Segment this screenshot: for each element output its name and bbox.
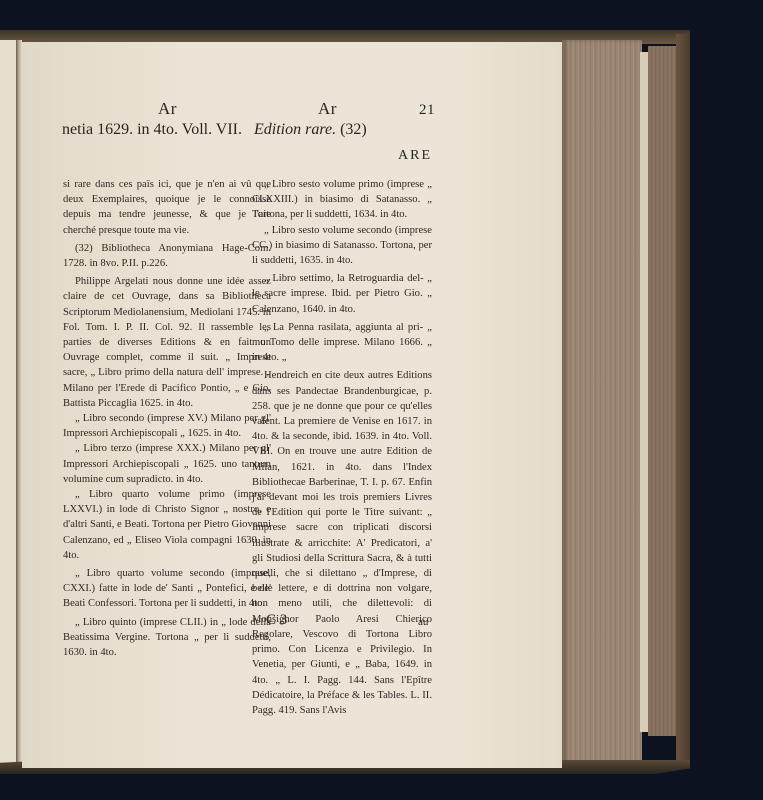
top-line-text: netia 1629. in 4to. Voll. VII.	[62, 121, 242, 138]
section-word: ARE	[398, 148, 432, 164]
book-board	[676, 34, 690, 760]
paragraph: „ Libro quinto (imprese CLII.) in „ lode…	[63, 615, 271, 661]
paragraph: Philippe Argelati nous donne une idée as…	[63, 274, 271, 411]
right-column: „ Libro sesto volume primo (imprese „ CL…	[252, 177, 432, 718]
fore-edge-pages	[562, 40, 642, 768]
running-head-left: Ar	[158, 99, 177, 119]
signature-mark: C 3	[266, 612, 287, 629]
footnote: (32) Bibliotheca Anonymiana Hage-Com. 17…	[63, 241, 271, 271]
paragraph: „ Libro terzo (imprese XXX.) Milano per …	[63, 441, 271, 487]
paragraph: „ Libro secondo (imprese XV.) Milano per…	[63, 411, 271, 441]
back-pages-edge	[648, 46, 678, 736]
paragraph: „ Libro quarto volume primo (imprese LXX…	[63, 487, 271, 563]
page-number: 21	[419, 102, 435, 119]
paragraph: „ Libro settimo, la Retroguardia del- „ …	[252, 271, 432, 317]
paragraph: „ Libro sesto volume primo (imprese „ CL…	[252, 177, 432, 223]
paragraph: si rare dans ces païs ici, que je n'en a…	[63, 177, 271, 238]
paragraph: „ Libro quarto volume secondo (imprese, …	[63, 566, 271, 612]
paragraph: Hendreich en cite deux autres Editions d…	[252, 368, 432, 718]
top-line-italic: Edition rare.	[254, 121, 336, 138]
paragraph: „ La Penna rasilata, aggiunta al pri- „ …	[252, 320, 432, 366]
catchword: au	[418, 616, 428, 628]
fore-edge-light-strip	[640, 52, 648, 732]
paragraph: „ Libro sesto volume secondo (imprese CC…	[252, 223, 432, 269]
running-head-center: Ar	[318, 99, 337, 119]
left-column: si rare dans ces païs ici, que je n'en a…	[63, 177, 271, 660]
top-line: netia 1629. in 4to. Voll. VII. Edition r…	[62, 121, 367, 139]
footnote-marker: (32)	[340, 121, 367, 138]
